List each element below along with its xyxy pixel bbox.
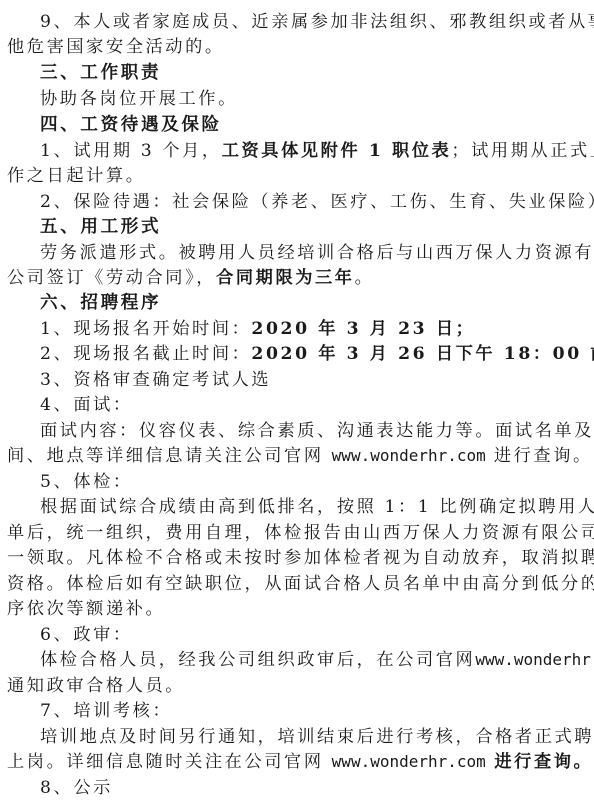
text: 间、地点等详细信息请关注公司官网 [7, 446, 332, 466]
medical-line-3: 一领取。凡体检不合格或未按时参加体检者视为自动放弃，取消拟聘用 [7, 545, 586, 571]
section-heading-employment: 五、用工形式 [40, 214, 586, 240]
salary-item-2: 2、保险待遇：社会保险（养老、医疗、工伤、生育、失业保险）。 [40, 189, 586, 215]
interview-line-2: 间、地点等详细信息请关注公司官网 www.wonderhr.com 进行查询。 [7, 443, 586, 469]
item-9-line-2: 他危害国家安全活动的。 [7, 34, 586, 60]
document-page: 9、本人或者家庭成员、近亲属参加非法组织、邪教组织或者从事其 他危害国家安全活动… [0, 0, 594, 801]
contract-term-bold: 合同期限为三年 [216, 268, 355, 288]
section-heading-procedure: 六、招聘程序 [40, 290, 586, 316]
training-line-2: 上岗。详细信息随时关注在公司官网 www.wonderhr.com 进行查询。 [7, 749, 586, 775]
political-review-line-1: 体检合格人员，经我公司组织政审后，在公司官网www.wonderhr.com [40, 647, 586, 673]
salary-item-1-line-1: 1、试用期 3 个月，工资具体见附件 1 职位表；试用期从正式上岗工 [40, 138, 586, 164]
text: 。 [355, 268, 375, 288]
item-9-line-1: 9、本人或者家庭成员、近亲属参加非法组织、邪教组织或者从事其 [40, 9, 586, 35]
start-date-bold: 2020 年 3 月 23 日； [251, 319, 475, 339]
text: 2、现场报名截止时间： [40, 344, 251, 364]
text: 公司签订《劳动合同》， [7, 268, 216, 288]
employment-line-1: 劳务派遣形式。被聘用人员经培训合格后与山西万保人力资源有限 [40, 240, 586, 266]
procedure-step-4: 4、面试： [40, 392, 586, 418]
duties-text: 协助各岗位开展工作。 [40, 86, 586, 112]
procedure-step-7: 7、培训考核： [40, 698, 586, 724]
medical-line-5: 序依次等额递补。 [7, 596, 586, 622]
procedure-step-6: 6、政审： [40, 622, 586, 648]
interview-line-1: 面试内容：仪容仪表、综合素质、沟通表达能力等。面试名单及时 [40, 418, 586, 444]
procedure-step-1: 1、现场报名开始时间：2020 年 3 月 23 日； [40, 316, 586, 342]
website-link[interactable]: www.wonderhr.com [332, 752, 486, 771]
text: 体检合格人员，经我公司组织政审后，在公司官网 [40, 650, 475, 670]
procedure-step-8: 8、公示 [40, 775, 586, 801]
employment-line-2: 公司签订《劳动合同》，合同期限为三年。 [7, 265, 586, 291]
text: 进行查询。 [486, 446, 593, 466]
political-review-line-2: 通知政审合格人员。 [7, 673, 586, 699]
section-heading-salary: 四、工资待遇及保险 [40, 112, 586, 138]
training-line-1: 培训地点及时间另行通知，培训结束后进行考核，合格者正式聘用 [40, 724, 586, 750]
text: 上岗。详细信息随时关注在公司官网 [7, 752, 332, 772]
medical-line-1: 根据面试综合成绩由高到低排名，按照 1：1 比例确定拟聘用人员名 [40, 494, 586, 520]
procedure-step-3: 3、资格审查确定考试人选 [40, 367, 586, 393]
salary-item-1-line-2: 作之日起计算。 [7, 163, 586, 189]
procedure-step-5: 5、体检： [40, 469, 586, 495]
website-link[interactable]: www.wonderhr.com [332, 446, 486, 465]
medical-line-4: 资格。体检后如有空缺职位，从面试合格人员名单中由高分到低分的顺 [7, 571, 586, 597]
section-heading-duties: 三、工作职责 [40, 60, 586, 86]
text: ；试用期从正式上岗工 [451, 141, 594, 161]
text: 1、试用期 3 个月， [40, 141, 222, 161]
end-date-bold: 2020 年 3 月 26 日下午 18：00 前。 [251, 344, 594, 364]
query-bold: 进行查询。 [486, 752, 594, 772]
medical-line-2: 单后，统一组织，费用自理，体检报告由山西万保人力资源有限公司统 [7, 520, 586, 546]
procedure-step-2: 2、现场报名截止时间：2020 年 3 月 26 日下午 18：00 前。 [40, 341, 586, 367]
website-link[interactable]: www.wonderhr.com [475, 650, 594, 669]
salary-bold-text: 工资具体见附件 1 职位表 [222, 141, 452, 161]
text: 1、现场报名开始时间： [40, 319, 251, 339]
